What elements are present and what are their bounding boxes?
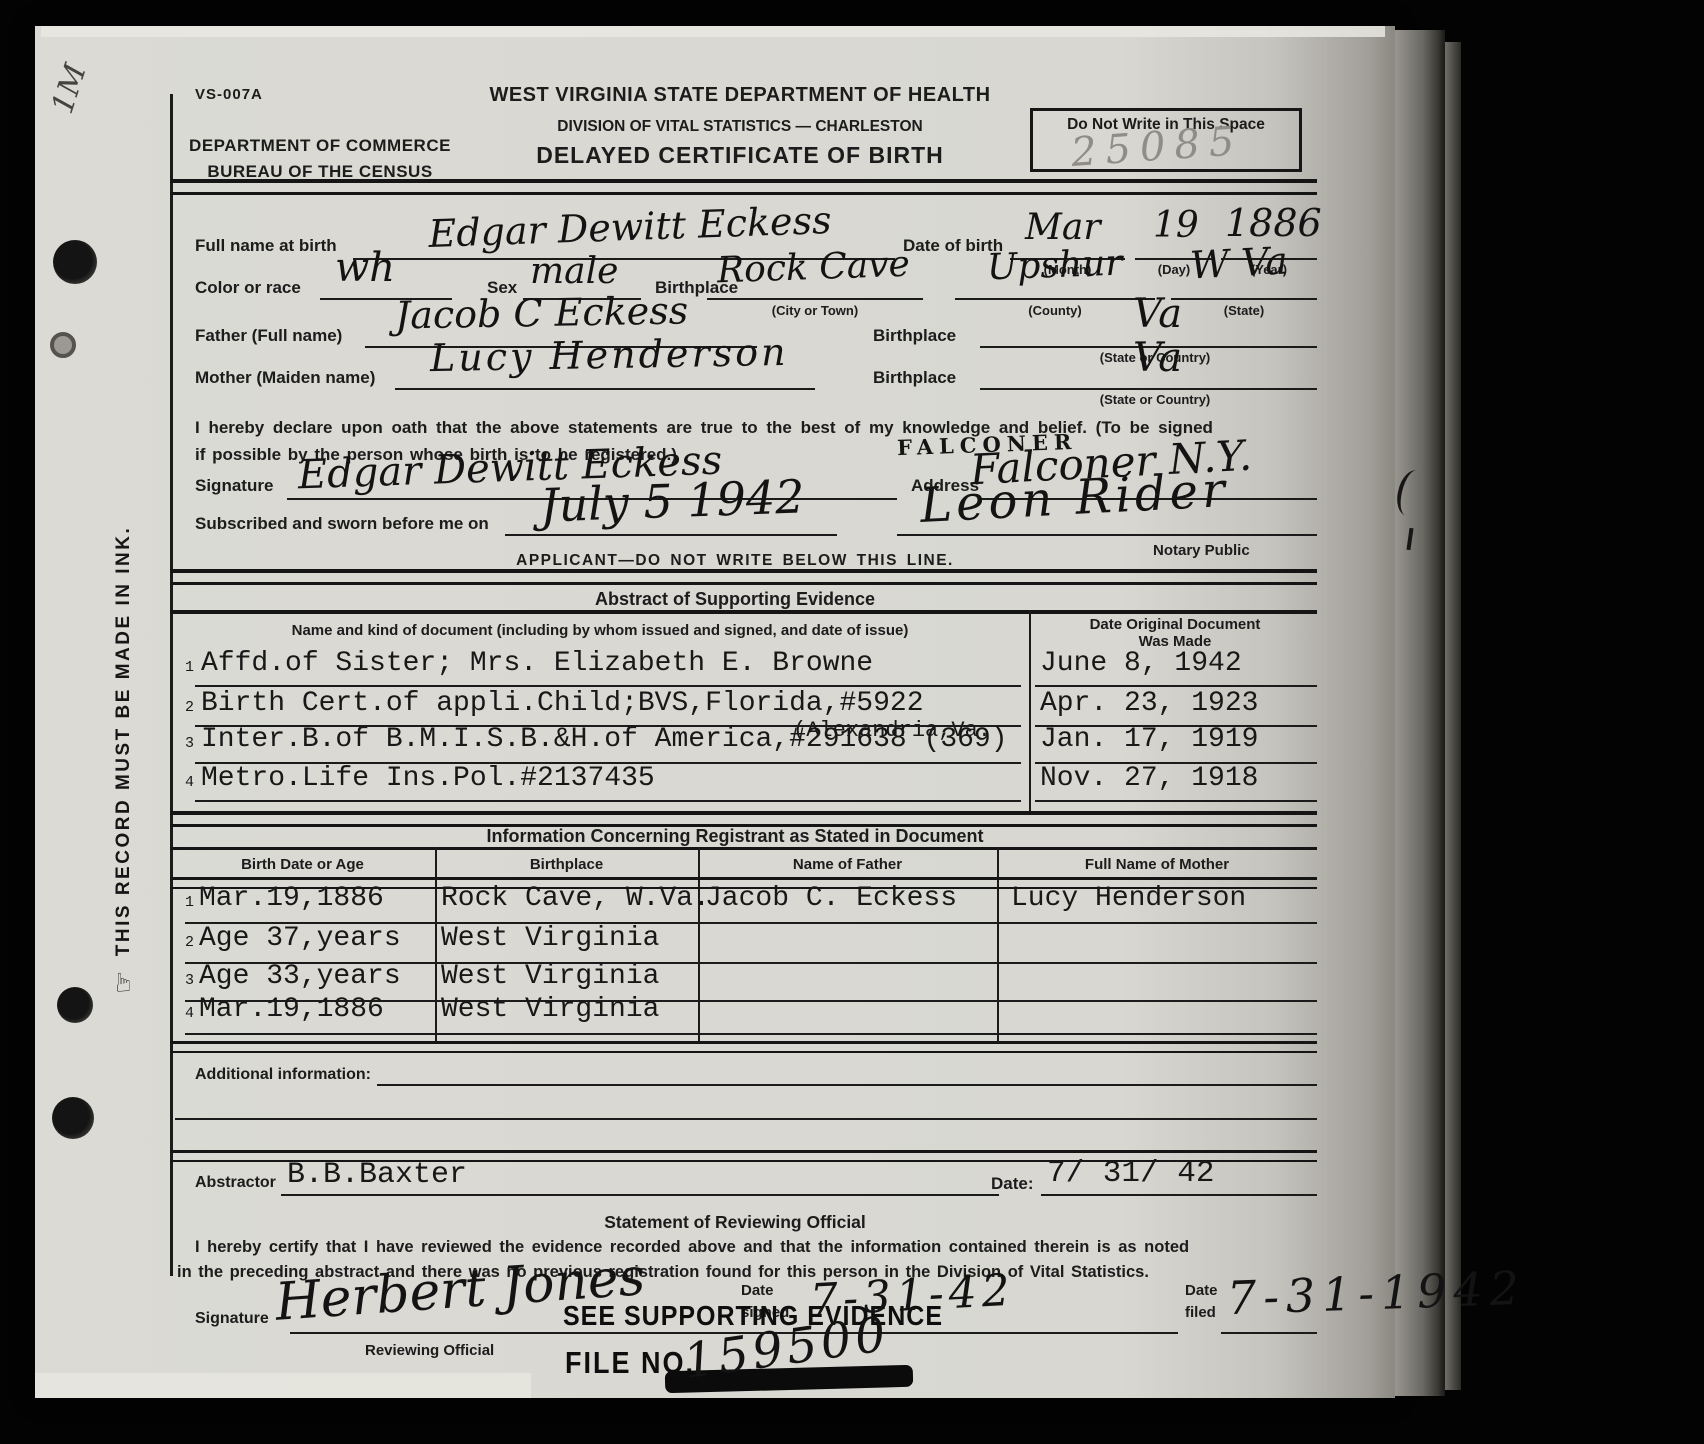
registrant-birthplace: West Virginia bbox=[441, 996, 659, 1024]
stamp-number: 25085 bbox=[1070, 121, 1245, 173]
underline bbox=[1041, 1194, 1317, 1196]
mother-birthplace-label: Birthplace bbox=[873, 368, 956, 388]
evidence-row-date: June 8, 1942 bbox=[1040, 650, 1242, 678]
underline bbox=[377, 1084, 1317, 1086]
underline bbox=[980, 388, 1317, 390]
evidence-row-date: Jan. 17, 1919 bbox=[1040, 726, 1258, 754]
dob-year-value: 1886 bbox=[1225, 204, 1322, 242]
father-value: Jacob C Eckess bbox=[395, 291, 689, 334]
paper-bottom-edge bbox=[35, 1373, 531, 1398]
underline bbox=[1171, 298, 1317, 300]
punch-hole bbox=[57, 987, 93, 1023]
registrant-birth: Age 37,years bbox=[199, 925, 401, 953]
registrant-row-num: 3 bbox=[185, 973, 194, 988]
divider bbox=[170, 847, 1317, 850]
applicant-warning-line: APPLICANT—DO NOT WRITE BELOW THIS LINE. bbox=[335, 552, 1135, 570]
father-birthplace-label: Birthplace bbox=[873, 326, 956, 346]
underline bbox=[185, 1033, 1317, 1035]
evidence-row-name: Inter.B.of B.M.I.S.B.&H.of America,#2916… bbox=[201, 726, 1008, 754]
signature-label: Signature bbox=[195, 476, 273, 496]
table-column-divider bbox=[1029, 610, 1031, 812]
evidence-col2-header: Date Original Document bbox=[1035, 616, 1315, 633]
evidence-row-name: Birth Cert.of appli.Child;BVS,Florida,#5… bbox=[201, 690, 924, 718]
registrant-col-header: Birthplace bbox=[435, 856, 698, 873]
registrant-col-header: Birth Date or Age bbox=[170, 856, 435, 873]
form-number: VS-007A bbox=[195, 86, 263, 103]
margin-note-text: THIS RECORD MUST BE MADE IN INK. bbox=[113, 526, 134, 956]
registrant-birthplace: Rock Cave, W.Va. bbox=[441, 885, 710, 913]
sworn-date-value: July 5 1942 bbox=[539, 473, 805, 528]
mother-value: Lucy Henderson bbox=[430, 333, 789, 377]
evidence-row-date: Nov. 27, 1918 bbox=[1040, 765, 1258, 793]
notary-signature: Leon Rider bbox=[919, 466, 1230, 530]
divider bbox=[170, 179, 1317, 195]
agency-title: WEST VIRGINIA STATE DEPARTMENT OF HEALTH bbox=[455, 84, 1025, 107]
reviewer-signature-label: Signature bbox=[195, 1310, 269, 1328]
underline bbox=[1035, 685, 1317, 687]
registrant-section-title: Information Concerning Registrant as Sta… bbox=[335, 826, 1135, 847]
underline bbox=[505, 534, 837, 536]
race-label: Color or race bbox=[195, 278, 301, 298]
registrant-birth: Mar.19,1886 bbox=[199, 996, 384, 1024]
registrant-birthplace: West Virginia bbox=[441, 963, 659, 991]
dob-month-value: Mar bbox=[1025, 210, 1101, 246]
underline bbox=[395, 388, 815, 390]
abstract-date-label: Date: bbox=[991, 1174, 1034, 1194]
certify-line1: I hereby certify that I have reviewed th… bbox=[195, 1238, 1320, 1257]
page-edge-curl bbox=[1395, 30, 1445, 1396]
punch-hole bbox=[52, 1097, 94, 1139]
divider bbox=[170, 1041, 1317, 1053]
mother-birthplace-value: Va bbox=[1133, 338, 1182, 378]
registrant-father: Jacob C. Eckess bbox=[705, 885, 957, 913]
evidence-row-num: 2 bbox=[185, 700, 194, 715]
evidence-row-name: Affd.of Sister; Mrs. Elizabeth E. Browne bbox=[201, 650, 873, 678]
registrant-row-num: 4 bbox=[185, 1006, 194, 1021]
evidence-section-title: Abstract of Supporting Evidence bbox=[435, 589, 1035, 610]
divider bbox=[170, 811, 1317, 827]
reviewing-title: Statement of Reviewing Official bbox=[385, 1212, 1085, 1233]
additional-info-label: Additional information: bbox=[195, 1066, 371, 1084]
notary-label: Notary Public bbox=[1153, 542, 1250, 559]
underline bbox=[955, 298, 1155, 300]
registrant-col-header: Name of Father bbox=[698, 856, 997, 873]
evidence-row-num: 4 bbox=[185, 775, 194, 790]
race-value: wh bbox=[335, 248, 395, 288]
dob-day-value: 19 bbox=[1153, 208, 1199, 244]
corner-mark: 1M bbox=[48, 61, 92, 118]
commerce-line1: DEPARTMENT OF COMMERCE bbox=[165, 136, 475, 156]
registrant-birth: Mar.19,1886 bbox=[199, 885, 384, 913]
page-edge-sliver bbox=[1445, 42, 1461, 1390]
underline bbox=[195, 800, 1021, 802]
city-label: (City or Town) bbox=[707, 303, 923, 318]
certificate-page: 1M ☞ THIS RECORD MUST BE MADE IN INK. VS… bbox=[35, 26, 1395, 1398]
abstractor-value: B.B.Baxter bbox=[287, 1160, 467, 1190]
certificate-title: DELAYED CERTIFICATE OF BIRTH bbox=[455, 142, 1025, 169]
county-label: (County) bbox=[955, 303, 1155, 318]
underline bbox=[175, 1118, 1317, 1120]
date-filed-label2: filed bbox=[1185, 1304, 1216, 1321]
registrant-row-num: 1 bbox=[185, 895, 194, 910]
divider bbox=[170, 569, 1317, 585]
division-title: DIVISION OF VITAL STATISTICS — CHARLESTO… bbox=[455, 118, 1025, 136]
underline bbox=[707, 298, 923, 300]
underline bbox=[195, 685, 1021, 687]
registrant-row-num: 2 bbox=[185, 935, 194, 950]
father-label: Father (Full name) bbox=[195, 326, 342, 346]
evidence-col1-header: Name and kind of document (including by … bbox=[185, 622, 1015, 639]
full-name-label: Full name at birth bbox=[195, 236, 337, 256]
mother-label: Mother (Maiden name) bbox=[195, 368, 375, 388]
underline bbox=[897, 534, 1317, 536]
divider bbox=[170, 610, 1317, 614]
reviewing-official-label: Reviewing Official bbox=[365, 1342, 494, 1359]
registrant-col-header: Full Name of Mother bbox=[997, 856, 1317, 873]
evidence-row-date: Apr. 23, 1923 bbox=[1040, 690, 1258, 718]
punch-hole bbox=[50, 332, 76, 358]
registrant-mother: Lucy Henderson bbox=[1011, 885, 1246, 913]
state-label: (State) bbox=[1171, 303, 1317, 318]
father-birthplace-value: Va bbox=[1133, 294, 1182, 334]
date-signed-label: Date bbox=[741, 1282, 774, 1299]
underline bbox=[281, 1194, 999, 1196]
state-country-label: (State or Country) bbox=[1055, 392, 1255, 407]
form-border-line bbox=[170, 94, 173, 1276]
date-filed-label: Date bbox=[1185, 1282, 1218, 1299]
date-filed-value: 7-31-1942 bbox=[1226, 1265, 1526, 1321]
underline bbox=[1221, 1332, 1317, 1334]
do-not-write-box: Do Not Write in This Space 25085 bbox=[1030, 108, 1302, 172]
evidence-row-name: Metro.Life Ins.Pol.#2137435 bbox=[201, 765, 655, 793]
sworn-label: Subscribed and sworn before me on bbox=[195, 514, 489, 534]
evidence-row-num: 3 bbox=[185, 736, 194, 751]
underline bbox=[1035, 800, 1317, 802]
evidence-row-num: 1 bbox=[185, 660, 194, 675]
birthplace-state-value: W Va bbox=[1189, 241, 1289, 284]
abstract-date-value: 7/ 31/ 42 bbox=[1047, 1158, 1214, 1189]
birthplace-city-value: Rock Cave bbox=[716, 247, 910, 290]
registrant-birth: Age 33,years bbox=[199, 963, 401, 991]
paper-top-edge bbox=[41, 26, 1385, 37]
abstractor-label: Abstractor bbox=[195, 1174, 276, 1192]
birthplace-county-value: Upshur bbox=[986, 246, 1123, 287]
sex-value: male bbox=[530, 254, 618, 290]
pointing-hand-icon: ☞ bbox=[109, 971, 139, 994]
scanned-document-photo: 1M ☞ THIS RECORD MUST BE MADE IN INK. VS… bbox=[0, 0, 1704, 1444]
registrant-birthplace: West Virginia bbox=[441, 925, 659, 953]
margin-note: ☞ THIS RECORD MUST BE MADE IN INK. bbox=[109, 526, 139, 994]
punch-hole bbox=[53, 240, 97, 284]
